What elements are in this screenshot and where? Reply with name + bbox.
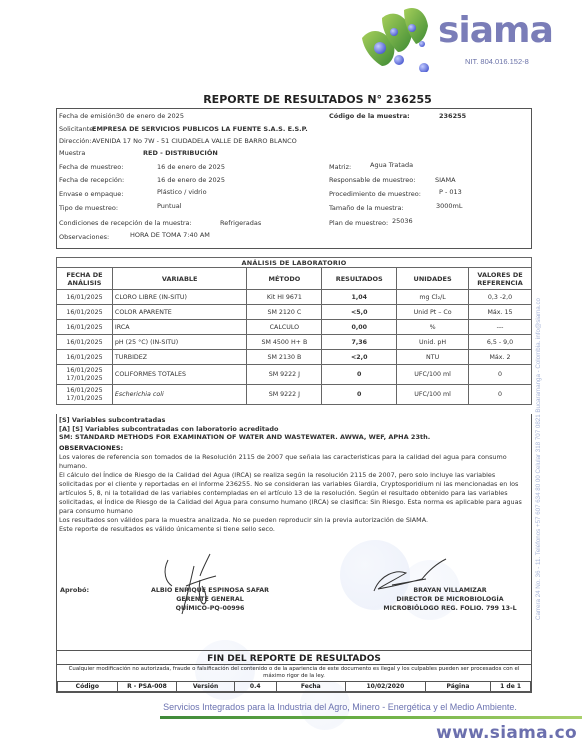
cell-resultado: 0 bbox=[322, 385, 397, 405]
lab-table-caption: ANÁLISIS DE LABORATORIO bbox=[57, 258, 532, 268]
label-tipo-muestreo: Tipo de muestreo: bbox=[59, 203, 118, 214]
document-control-table: Código R - PSA-008 Versión 0.4 Fecha 10/… bbox=[57, 681, 531, 692]
signatory-left-reg: QUÍMICO-PQ-00996 bbox=[110, 604, 310, 613]
observation-paragraph: El cálculo del Índice de Riesgo de la Ca… bbox=[59, 471, 529, 516]
value-direccion: AVENIDA 17 No 7W - 51 CIUDADELA VALLE DE… bbox=[92, 136, 297, 147]
cell-metodo: SM 9222 J bbox=[247, 365, 322, 385]
note-accredited: [A] [S] Variables subcontratadas con lab… bbox=[59, 425, 529, 434]
cell-fecha: 16/01/202517/01/2025 bbox=[57, 385, 113, 405]
value-tipo-muestreo: Puntual bbox=[157, 201, 182, 212]
label-procedimiento: Procedimiento de muestreo: bbox=[329, 189, 421, 200]
control-codigo: R - PSA-008 bbox=[117, 682, 177, 692]
sample-info-box: Fecha de emisión: 30 de enero de 2025 Có… bbox=[56, 108, 532, 249]
lab-analysis-section: ANÁLISIS DE LABORATORIO FECHA DE ANÁLISI… bbox=[56, 257, 532, 405]
lab-header-cell: MÉTODO bbox=[247, 268, 322, 290]
signatory-right-role: DIRECTOR DE MICROBIOLOGÍA bbox=[350, 595, 550, 604]
side-contact-info: Carrera 24 No. 36 - 11. Teléfonos +57 60… bbox=[535, 298, 542, 620]
cell-resultado: <2,0 bbox=[322, 350, 397, 365]
value-fecha-emision: 30 de enero de 2025 bbox=[116, 111, 184, 122]
observations-heading: OBSERVACIONES: bbox=[59, 444, 529, 453]
cell-referencia: Máx. 2 bbox=[469, 350, 532, 365]
value-fecha-muestreo: 16 de enero de 2025 bbox=[157, 162, 225, 173]
cell-fecha: 16/01/2025 bbox=[57, 335, 113, 350]
value-solicitante: EMPRESA DE SERVICIOS PUBLICOS LA FUENTE … bbox=[92, 124, 308, 135]
cell-variable: CLORO LIBRE (IN-SITU) bbox=[112, 290, 247, 305]
cell-fecha: 16/01/2025 bbox=[57, 350, 113, 365]
end-of-report-title: FIN DEL REPORTE DE RESULTADOS bbox=[57, 651, 531, 664]
value-fecha-recepcion: 16 de enero de 2025 bbox=[157, 175, 225, 186]
table-row: 16/01/202517/01/2025Escherichia coliSM 9… bbox=[57, 385, 532, 405]
label-codigo-muestra: Código de la muestra: bbox=[329, 111, 410, 122]
label-condiciones: Condiciones de recepción de la muestra: bbox=[59, 218, 192, 229]
signatory-right: BRAYAN VILLAMIZAR DIRECTOR DE MICROBIOLO… bbox=[350, 586, 550, 613]
cell-referencia: 6,5 - 9,0 bbox=[469, 335, 532, 350]
observation-paragraph: Los valores de referencia son tomados de… bbox=[59, 453, 529, 471]
table-row: 16/01/202517/01/2025COLIFORMES TOTALESSM… bbox=[57, 365, 532, 385]
label-fecha-muestreo: Fecha de muestreo: bbox=[59, 162, 123, 173]
cell-variable: IRCA bbox=[112, 320, 247, 335]
cell-variable: Escherichia coli bbox=[112, 385, 247, 405]
siama-logo: siama NIT. 804.016.152-8 bbox=[352, 4, 577, 72]
company-tagline: Servicios Integrados para la Industria d… bbox=[0, 702, 585, 712]
cell-metodo: SM 9222 J bbox=[247, 385, 322, 405]
cell-unidades: UFC/100 ml bbox=[397, 365, 469, 385]
cell-unidades: mg Cl₂/L bbox=[397, 290, 469, 305]
note-standard-methods: SM: STANDARD METHODS FOR EXAMINATION OF … bbox=[59, 433, 529, 442]
cell-metodo: CALCULO bbox=[247, 320, 322, 335]
signatory-left: ALBIO ENRIQUE ESPINOSA SAFAR GERENTE GEN… bbox=[110, 586, 310, 613]
cell-unidades: NTU bbox=[397, 350, 469, 365]
observation-paragraph: Este reporte de resultados es válido úni… bbox=[59, 525, 529, 534]
lab-header-cell: FECHA DE ANÁLISIS bbox=[57, 268, 113, 290]
control-fecha: 10/02/2020 bbox=[346, 682, 426, 692]
cell-metodo: SM 2120 C bbox=[247, 305, 322, 320]
signatory-right-reg: MICROBIÓLOGO REG. FOLIO. 799 13-L bbox=[350, 604, 550, 613]
value-responsable: SIAMA bbox=[435, 175, 456, 186]
cell-referencia: 0 bbox=[469, 385, 532, 405]
cell-variable: COLIFORMES TOTALES bbox=[112, 365, 247, 385]
cell-metodo: SM 4500 H+ B bbox=[247, 335, 322, 350]
cell-referencia: 0 bbox=[469, 365, 532, 385]
legal-notice: Cualquier modificación no autorizada, fr… bbox=[57, 664, 531, 681]
cell-fecha: 16/01/2025 bbox=[57, 320, 113, 335]
notes-section: [S] Variables subcontratadas [A] [S] Var… bbox=[56, 414, 532, 651]
control-version-label: Versión bbox=[177, 682, 235, 692]
label-plan: Plan de muestreo: bbox=[329, 218, 388, 229]
cell-resultado: <5,0 bbox=[322, 305, 397, 320]
approved-label: Aprobó: bbox=[60, 586, 89, 594]
label-matriz: Matriz: bbox=[329, 162, 351, 173]
leaf-logo-icon bbox=[352, 4, 442, 72]
table-row: 16/01/2025COLOR APARENTESM 2120 C<5,0Uni… bbox=[57, 305, 532, 320]
cell-resultado: 7,36 bbox=[322, 335, 397, 350]
label-fecha-recepcion: Fecha de recepción: bbox=[59, 175, 124, 186]
lab-header-cell: RESULTADOS bbox=[322, 268, 397, 290]
cell-metodo: SM 2130 B bbox=[247, 350, 322, 365]
analysis-date-2: 17/01/2025 bbox=[59, 395, 110, 403]
label-direccion: Dirección: bbox=[59, 136, 92, 147]
cell-variable: pH (25 °C) (IN-SITU) bbox=[112, 335, 247, 350]
control-codigo-label: Código bbox=[58, 682, 118, 692]
value-procedimiento: P - 013 bbox=[439, 187, 462, 198]
lab-header-cell: UNIDADES bbox=[397, 268, 469, 290]
cell-resultado: 1,04 bbox=[322, 290, 397, 305]
label-observaciones: Observaciones: bbox=[59, 232, 109, 243]
cell-variable: TURBIDEZ bbox=[112, 350, 247, 365]
cell-referencia: Máx. 15 bbox=[469, 305, 532, 320]
analysis-date: 16/01/2025 bbox=[59, 367, 110, 375]
lab-results-table: ANÁLISIS DE LABORATORIO FECHA DE ANÁLISI… bbox=[56, 257, 532, 405]
website-link[interactable]: www.siama.co bbox=[436, 723, 577, 743]
cell-unidades: UFC/100 ml bbox=[397, 385, 469, 405]
observation-paragraph: Los resultados son válidos para la muest… bbox=[59, 516, 529, 525]
note-subcontracted: [S] Variables subcontratadas bbox=[59, 416, 529, 425]
label-fecha-emision: Fecha de emisión: bbox=[59, 111, 118, 122]
cell-fecha: 16/01/202517/01/2025 bbox=[57, 365, 113, 385]
lab-header-cell: VARIABLE bbox=[112, 268, 247, 290]
control-pagina: 1 de 1 bbox=[491, 682, 531, 692]
value-matriz: Agua Tratada bbox=[370, 160, 413, 171]
table-row: 16/01/2025TURBIDEZSM 2130 B<2,0NTUMáx. 2 bbox=[57, 350, 532, 365]
cell-referencia: --- bbox=[469, 320, 532, 335]
value-muestra: RED - DISTRIBUCIÓN bbox=[143, 148, 218, 159]
report-title: REPORTE DE RESULTADOS N° 236255 bbox=[0, 93, 585, 106]
cell-fecha: 16/01/2025 bbox=[57, 290, 113, 305]
lab-header-cell: VALORES DE REFERENCIA bbox=[469, 268, 532, 290]
cell-variable: COLOR APARENTE bbox=[112, 305, 247, 320]
label-envase: Envase o empaque: bbox=[59, 189, 123, 200]
label-responsable: Responsable de muestreo: bbox=[329, 175, 415, 186]
cell-unidades: Unid. pH bbox=[397, 335, 469, 350]
signatory-right-name: BRAYAN VILLAMIZAR bbox=[350, 586, 550, 595]
cell-metodo: Kit HI 9671 bbox=[247, 290, 322, 305]
cell-unidades: % bbox=[397, 320, 469, 335]
analysis-date-2: 17/01/2025 bbox=[59, 375, 110, 383]
control-version: 0.4 bbox=[234, 682, 276, 692]
value-plan: 25036 bbox=[392, 216, 413, 227]
value-condiciones: Refrigeradas bbox=[220, 218, 261, 229]
report-footer: FIN DEL REPORTE DE RESULTADOS Cualquier … bbox=[56, 651, 532, 693]
signatory-left-role: GERENTE GENERAL bbox=[110, 595, 310, 604]
value-tamano: 3000mL bbox=[436, 201, 463, 212]
brand-name: siama bbox=[438, 10, 553, 51]
value-codigo-muestra: 236255 bbox=[439, 111, 466, 122]
control-fecha-label: Fecha bbox=[276, 682, 346, 692]
table-row: 16/01/2025IRCACALCULO0,00%--- bbox=[57, 320, 532, 335]
table-row: 16/01/2025pH (25 °C) (IN-SITU)SM 4500 H+… bbox=[57, 335, 532, 350]
control-pagina-label: Página bbox=[425, 682, 491, 692]
cell-fecha: 16/01/2025 bbox=[57, 305, 113, 320]
label-muestra: Muestra bbox=[59, 148, 85, 159]
label-solicitante: Solicitante: bbox=[59, 124, 95, 135]
cell-resultado: 0 bbox=[322, 365, 397, 385]
value-envase: Plástico / vidrio bbox=[157, 187, 207, 198]
cell-referencia: 0,3 -2,0 bbox=[469, 290, 532, 305]
table-row: 16/01/2025CLORO LIBRE (IN-SITU)Kit HI 96… bbox=[57, 290, 532, 305]
cell-resultado: 0,00 bbox=[322, 320, 397, 335]
label-tamano: Tamaño de la muestra: bbox=[329, 203, 404, 214]
value-observaciones: HORA DE TOMA 7:40 AM bbox=[130, 230, 210, 241]
analysis-date: 16/01/2025 bbox=[59, 387, 110, 395]
cell-unidades: Unid Pt – Co bbox=[397, 305, 469, 320]
signatory-left-name: ALBIO ENRIQUE ESPINOSA SAFAR bbox=[110, 586, 310, 595]
brand-nit: NIT. 804.016.152-8 bbox=[465, 57, 529, 66]
green-divider bbox=[160, 716, 582, 719]
